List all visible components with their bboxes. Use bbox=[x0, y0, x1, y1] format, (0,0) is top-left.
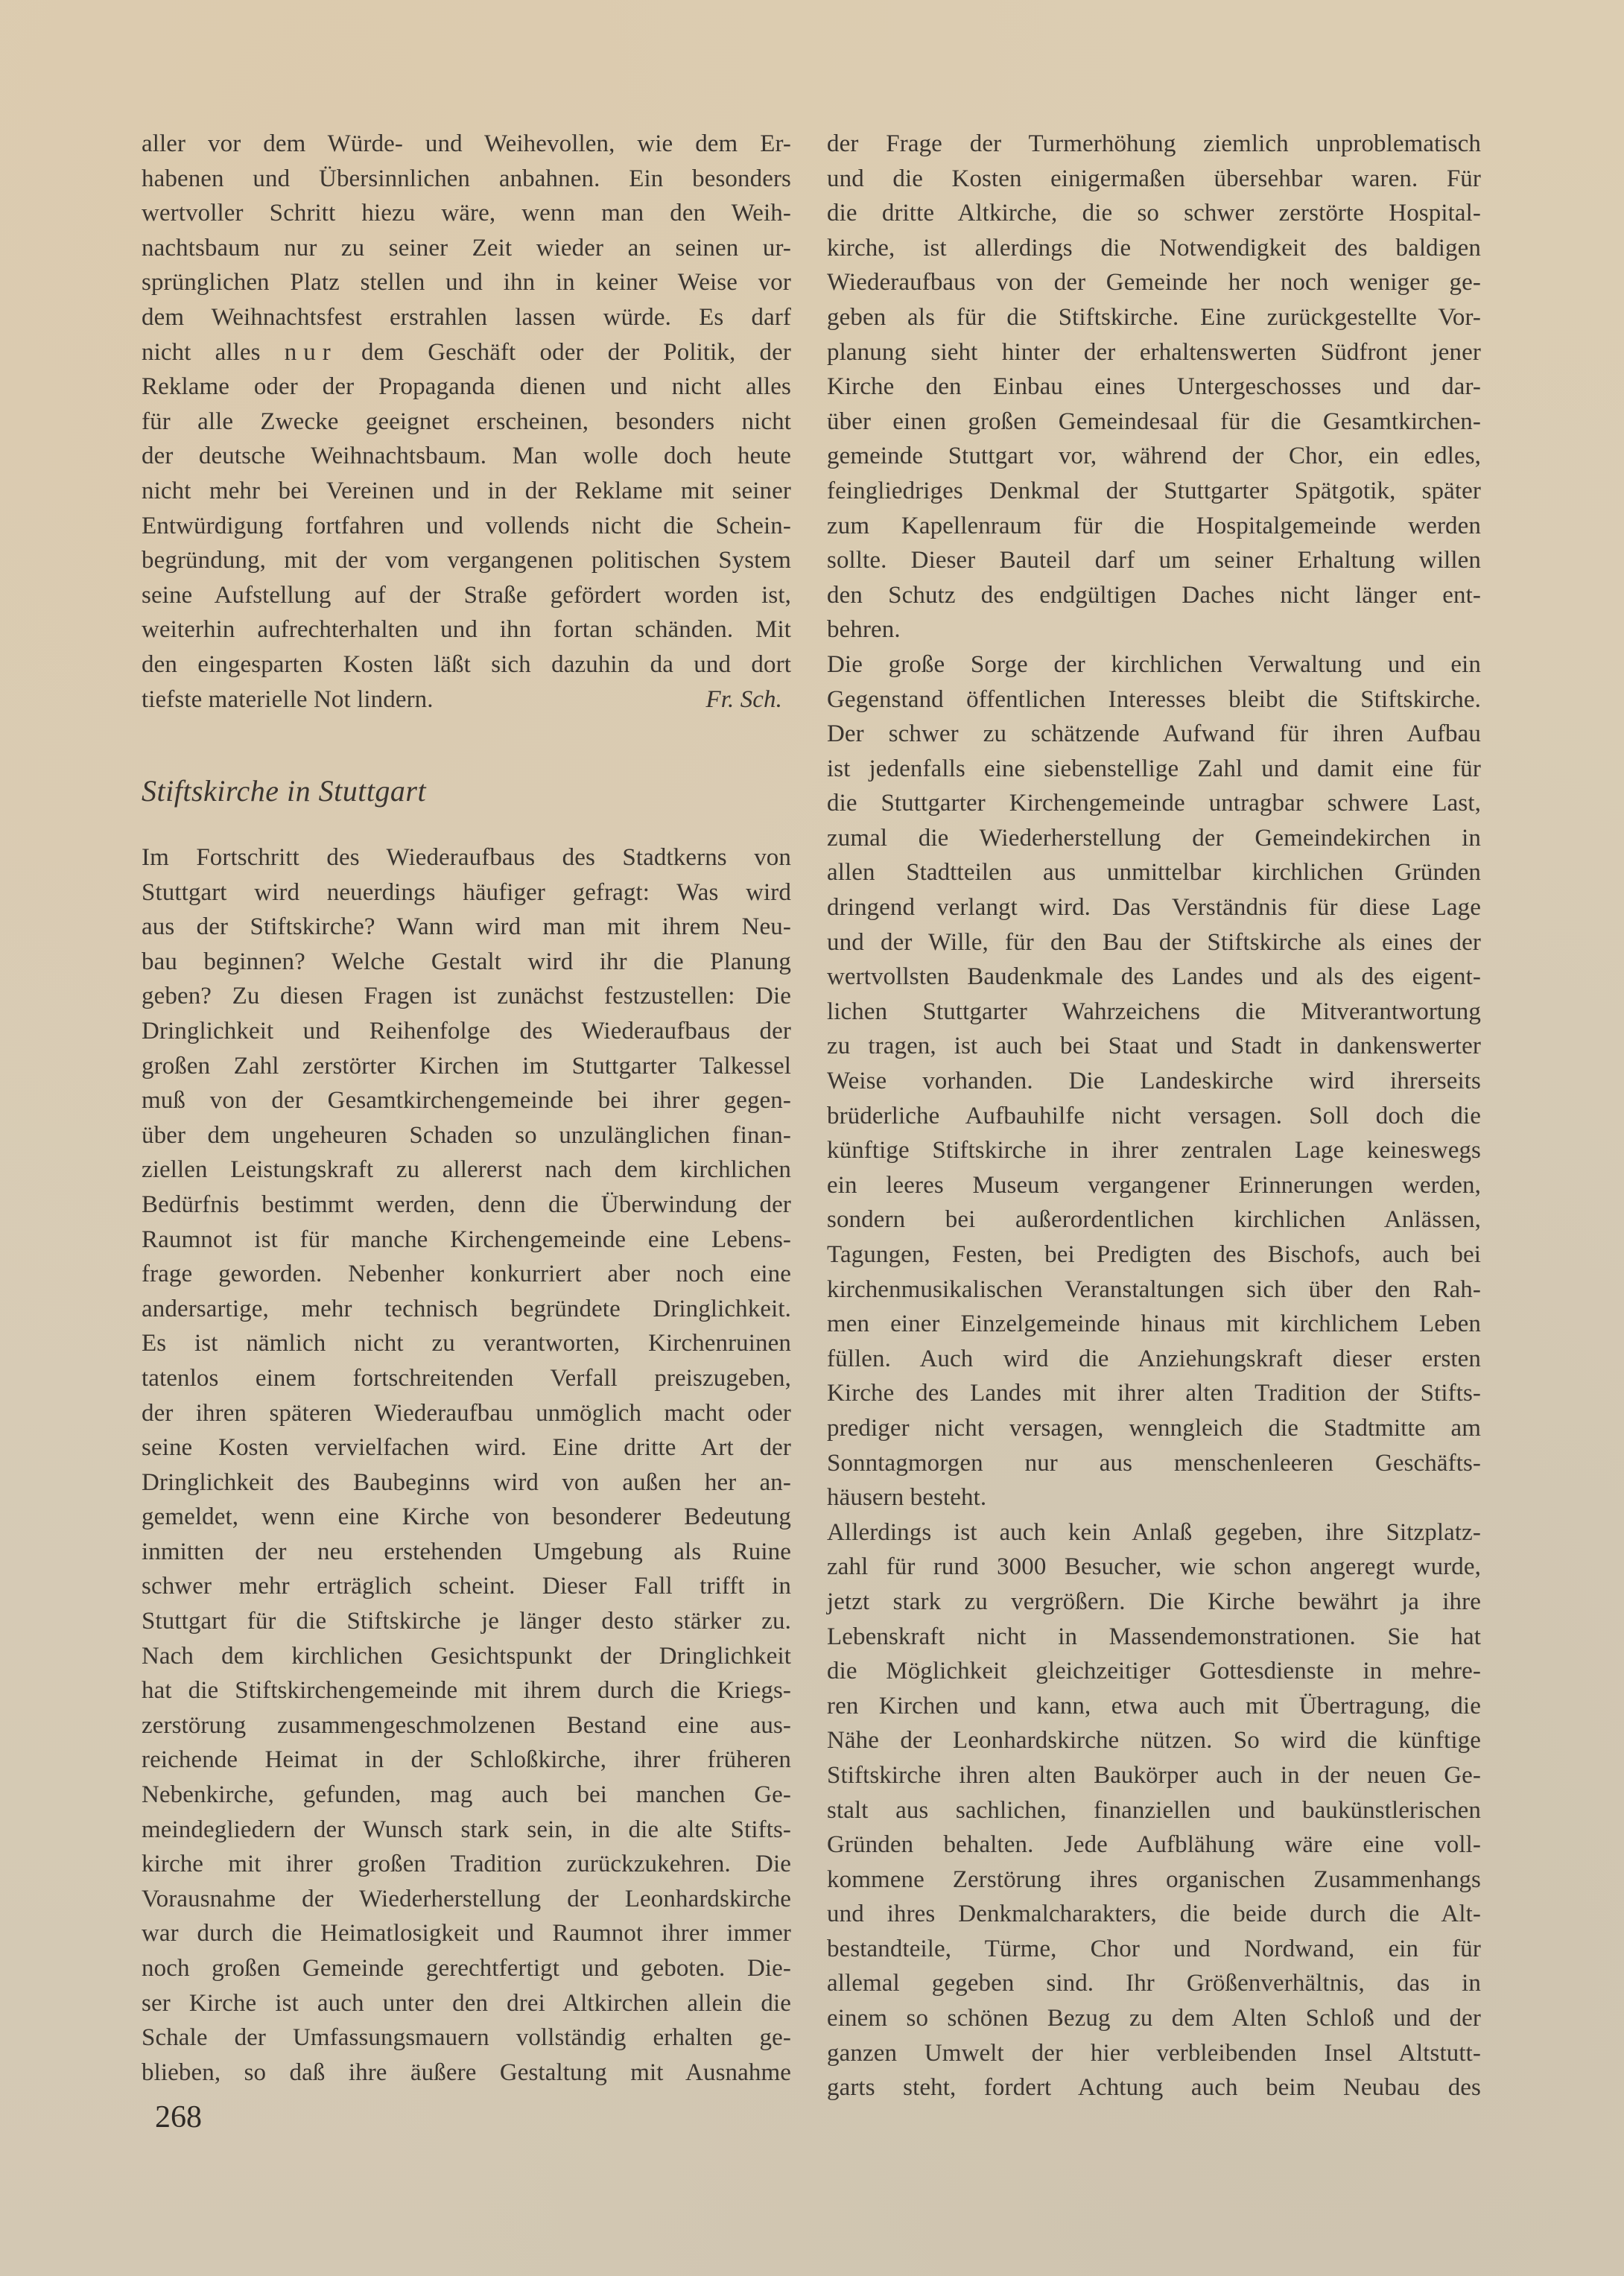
text-line: feingliedriges Denkmal der Stuttgarter S… bbox=[827, 474, 1481, 509]
text-line: ein leeres Museum vergangener Erinnerung… bbox=[827, 1168, 1481, 1203]
text-line: die dritte Altkirche, die so schwer zers… bbox=[827, 196, 1481, 231]
text-line: kirche mit ihrer großen Tradition zurück… bbox=[142, 1847, 791, 1882]
text-line: zum Kapellenraum für die Hospitalgemeind… bbox=[827, 509, 1481, 544]
text-line: brüderliche Aufbauhilfe nicht versagen. … bbox=[827, 1099, 1481, 1134]
text-line: der deutsche Weihnachtsbaum. Man wolle d… bbox=[142, 439, 791, 474]
right-column: der Frage der Turmerhöhung ziemlich unpr… bbox=[827, 127, 1481, 2105]
text-line: Wiederaufbaus von der Gemeinde her noch … bbox=[827, 265, 1481, 300]
text-line: Stuttgart für die Stiftskirche je länger… bbox=[142, 1604, 791, 1639]
text-fragment: dem Geschäft oder der Politik, der bbox=[361, 339, 791, 366]
text-line: die Stuttgarter Kirchengemeinde untragba… bbox=[827, 786, 1481, 821]
text-line: weiterhin aufrechterhalten und ihn forta… bbox=[142, 612, 791, 647]
text-line: aller vor dem Würde- und Weihevollen, wi… bbox=[142, 127, 791, 162]
text-line: und der Wille, für den Bau der Stiftskir… bbox=[827, 925, 1481, 960]
text-line: für alle Zwecke geeignet erscheinen, bes… bbox=[142, 405, 791, 440]
text-line: begründung, mit der vom vergangenen poli… bbox=[142, 543, 791, 578]
text-line: ist jedenfalls eine siebenstellige Zahl … bbox=[827, 752, 1481, 787]
text-line: Dringlichkeit des Baubeginns wird von au… bbox=[142, 1465, 791, 1500]
text-fragment: tiefste materielle Not lindern. bbox=[142, 682, 434, 717]
text-line: war durch die Heimatlosigkeit und Raumno… bbox=[142, 1916, 791, 1951]
text-line: zu tragen, ist auch bei Staat und Stadt … bbox=[827, 1029, 1481, 1064]
text-line: Allerdings ist auch kein Anlaß gegeben, … bbox=[827, 1515, 1481, 1550]
text-line: bestandteile, Türme, Chor und Nordwand, … bbox=[827, 1932, 1481, 1967]
text-line: allen Stadtteilen aus unmittelbar kirchl… bbox=[827, 855, 1481, 890]
text-line: Weise vorhanden. Die Landeskirche wird i… bbox=[827, 1064, 1481, 1099]
text-line: Tagungen, Festen, bei Predigten des Bisc… bbox=[827, 1237, 1481, 1272]
left-column-continued-article: aller vor dem Würde- und Weihevollen, wi… bbox=[142, 127, 791, 717]
text-line: Dringlichkeit und Reihenfolge des Wieder… bbox=[142, 1014, 791, 1049]
text-line: zahl für rund 3000 Besucher, wie schon a… bbox=[827, 1550, 1481, 1585]
text-line: Lebenskraft nicht in Massendemonstration… bbox=[827, 1620, 1481, 1655]
text-line: blieben, so daß ihre äußere Gestaltung m… bbox=[142, 2055, 791, 2090]
text-line: Schale der Umfassungsmauern vollständig … bbox=[142, 2020, 791, 2055]
text-line: seine Aufstellung auf der Straße geförde… bbox=[142, 578, 791, 613]
text-line: stalt aus sachlichen, finanziellen und b… bbox=[827, 1793, 1481, 1828]
author-signature: Fr. Sch. bbox=[705, 682, 791, 717]
text-line: geben? Zu diesen Fragen ist zunächst fes… bbox=[142, 979, 791, 1014]
text-line: hat die Stiftskirchengemeinde mit ihrem … bbox=[142, 1673, 791, 1708]
text-fragment: nicht alles bbox=[142, 339, 261, 366]
text-line: Der schwer zu schätzende Aufwand für ihr… bbox=[827, 717, 1481, 752]
text-line: schwer mehr erträglich scheint. Dieser F… bbox=[142, 1569, 791, 1604]
text-line: Vorausnahme der Wiederherstellung der Le… bbox=[142, 1882, 791, 1917]
text-line: tatenlos einem fortschreitenden Verfall … bbox=[142, 1361, 791, 1396]
text-line: Nebenkirche, gefunden, mag auch bei manc… bbox=[142, 1778, 791, 1813]
text-line: sprünglichen Platz stellen und ihn in ke… bbox=[142, 265, 791, 300]
text-line: Gründen behalten. Jede Aufblähung wäre e… bbox=[827, 1828, 1481, 1863]
emphasized-word: nur bbox=[285, 339, 337, 366]
text-line: Stiftskirche ihren alten Baukörper auch … bbox=[827, 1758, 1481, 1793]
text-line: und die Kosten einigermaßen übersehbar w… bbox=[827, 162, 1481, 197]
text-line: zerstörung zusammengeschmolzenen Bestand… bbox=[142, 1708, 791, 1743]
text-line: planung sieht hinter der erhaltenswerten… bbox=[827, 335, 1481, 370]
text-line: muß von der Gesamtkirchengemeinde bei ih… bbox=[142, 1083, 791, 1118]
text-line: habenen und Übersinnlichen anbahnen. Ein… bbox=[142, 162, 791, 197]
text-line: lichen Stuttgarter Wahrzeichens die Mitv… bbox=[827, 995, 1481, 1030]
text-line: gemeinde Stuttgart vor, während der Chor… bbox=[827, 439, 1481, 474]
closing-line: tiefste materielle Not lindern. Fr. Sch. bbox=[142, 682, 791, 717]
text-line: kommene Zerstörung ihres organischen Zus… bbox=[827, 1863, 1481, 1898]
text-line: nachtsbaum nur zu seiner Zeit wieder an … bbox=[142, 231, 791, 266]
article-heading: Stiftskirche in Stuttgart bbox=[142, 773, 426, 808]
text-line: über einen großen Gemeindesaal für die G… bbox=[827, 405, 1481, 440]
text-line: bau beginnen? Welche Gestalt wird ihr di… bbox=[142, 945, 791, 980]
text-line: Kirche des Landes mit ihrer alten Tradit… bbox=[827, 1376, 1481, 1411]
text-line: dringend verlangt wird. Das Verständnis … bbox=[827, 890, 1481, 925]
text-line: künftige Stiftskirche in ihrer zentralen… bbox=[827, 1133, 1481, 1168]
text-line: die Möglichkeit gleichzeitiger Gottesdie… bbox=[827, 1654, 1481, 1689]
left-column-article-body: Im Fortschritt des Wiederaufbaus des Sta… bbox=[142, 840, 791, 2090]
text-line: Sonntagmorgen nur aus menschenleeren Ges… bbox=[827, 1446, 1481, 1481]
document-page: aller vor dem Würde- und Weihevollen, wi… bbox=[0, 0, 1624, 2276]
text-line: Reklame oder der Propaganda dienen und n… bbox=[142, 370, 791, 405]
text-line: Kirche den Einbau eines Untergeschosses … bbox=[827, 370, 1481, 405]
text-line: kirchenmusikalischen Veranstaltungen sic… bbox=[827, 1272, 1481, 1307]
text-line: Bedürfnis bestimmt werden, denn die Über… bbox=[142, 1188, 791, 1223]
text-line: noch großen Gemeinde gerechtfertigt und … bbox=[142, 1951, 791, 1986]
text-line: ser Kirche ist auch unter den drei Altki… bbox=[142, 1986, 791, 2021]
text-line: häusern besteht. bbox=[827, 1480, 1481, 1515]
text-line: aus der Stiftskirche? Wann wird man mit … bbox=[142, 910, 791, 945]
text-line: andersartige, mehr technisch begründete … bbox=[142, 1292, 791, 1327]
text-line: behren. bbox=[827, 612, 1481, 647]
text-line: Gegenstand öffentlichen Interesses bleib… bbox=[827, 682, 1481, 717]
text-line: sollte. Dieser Bauteil darf um seiner Er… bbox=[827, 543, 1481, 578]
text-line: und ihres Denkmalcharakters, die beide d… bbox=[827, 1897, 1481, 1932]
text-line: ren Kirchen und kann, etwa auch mit Über… bbox=[827, 1689, 1481, 1724]
text-line: meindegliedern der Wunsch stark sein, in… bbox=[142, 1813, 791, 1848]
text-line: wertvoller Schritt hiezu wäre, wenn man … bbox=[142, 196, 791, 231]
text-line: der ihren späteren Wiederaufbau unmöglic… bbox=[142, 1396, 791, 1431]
text-line: Nach dem kirchlichen Gesichtspunkt der D… bbox=[142, 1639, 791, 1674]
text-line: ziellen Leistungskraft zu allererst nach… bbox=[142, 1153, 791, 1188]
text-line: füllen. Auch wird die Anziehungskraft di… bbox=[827, 1342, 1481, 1377]
text-line: seine Kosten vervielfachen wird. Eine dr… bbox=[142, 1430, 791, 1465]
text-line: zumal die Wiederherstellung der Gemeinde… bbox=[827, 821, 1481, 856]
text-line: den eingesparten Kosten läßt sich dazuhi… bbox=[142, 647, 791, 682]
text-line: Raumnot ist für manche Kirchengemeinde e… bbox=[142, 1223, 791, 1258]
text-line: Nähe der Leonhardskirche nützen. So wird… bbox=[827, 1723, 1481, 1758]
text-line: gemeldet, wenn eine Kirche von besondere… bbox=[142, 1500, 791, 1535]
text-line: Entwürdigung fortfahren und vollends nic… bbox=[142, 509, 791, 544]
text-line: inmitten der neu erstehenden Umgebung al… bbox=[142, 1535, 791, 1570]
text-line: sondern bei außerordentlichen kirchliche… bbox=[827, 1202, 1481, 1237]
text-line: garts steht, fordert Achtung auch beim N… bbox=[827, 2070, 1481, 2105]
text-line: nicht mehr bei Vereinen und in der Rekla… bbox=[142, 474, 791, 509]
text-line: Es ist nämlich nicht zu verantworten, Ki… bbox=[142, 1326, 791, 1361]
text-line-emphasis: nicht alles nur dem Geschäft oder der Po… bbox=[142, 335, 791, 370]
text-line: Im Fortschritt des Wiederaufbaus des Sta… bbox=[142, 840, 791, 875]
text-line: men einer Einzelgemeinde hinaus mit kirc… bbox=[827, 1307, 1481, 1342]
text-line: Die große Sorge der kirchlichen Verwaltu… bbox=[827, 647, 1481, 682]
text-line: großen Zahl zerstörter Kirchen im Stuttg… bbox=[142, 1049, 791, 1084]
text-line: wertvollsten Baudenkmale des Landes und … bbox=[827, 960, 1481, 995]
text-line: geben als für die Stiftskirche. Eine zur… bbox=[827, 300, 1481, 335]
text-line: den Schutz des endgültigen Daches nicht … bbox=[827, 578, 1481, 613]
text-line: über dem ungeheuren Schaden so unzulängl… bbox=[142, 1118, 791, 1153]
text-line: der Frage der Turmerhöhung ziemlich unpr… bbox=[827, 127, 1481, 162]
text-line: dem Weihnachtsfest erstrahlen lassen wür… bbox=[142, 300, 791, 335]
text-line: prediger nicht versagen, wenngleich die … bbox=[827, 1411, 1481, 1446]
text-line: frage geworden. Nebenher konkurriert abe… bbox=[142, 1257, 791, 1292]
text-line: einem so schönen Bezug zu dem Alten Schl… bbox=[827, 2001, 1481, 2036]
text-line: allemal gegeben sind. Ihr Größenverhältn… bbox=[827, 1966, 1481, 2001]
text-line: Stuttgart wird neuerdings häufiger gefra… bbox=[142, 875, 791, 910]
page-number: 268 bbox=[155, 2099, 202, 2135]
text-line: reichende Heimat in der Schloßkirche, ih… bbox=[142, 1743, 791, 1778]
text-line: jetzt stark zu vergrößern. Die Kirche be… bbox=[827, 1585, 1481, 1620]
text-line: ganzen Umwelt der hier verbleibenden Ins… bbox=[827, 2036, 1481, 2071]
text-line: kirche, ist allerdings die Notwendigkeit… bbox=[827, 231, 1481, 266]
